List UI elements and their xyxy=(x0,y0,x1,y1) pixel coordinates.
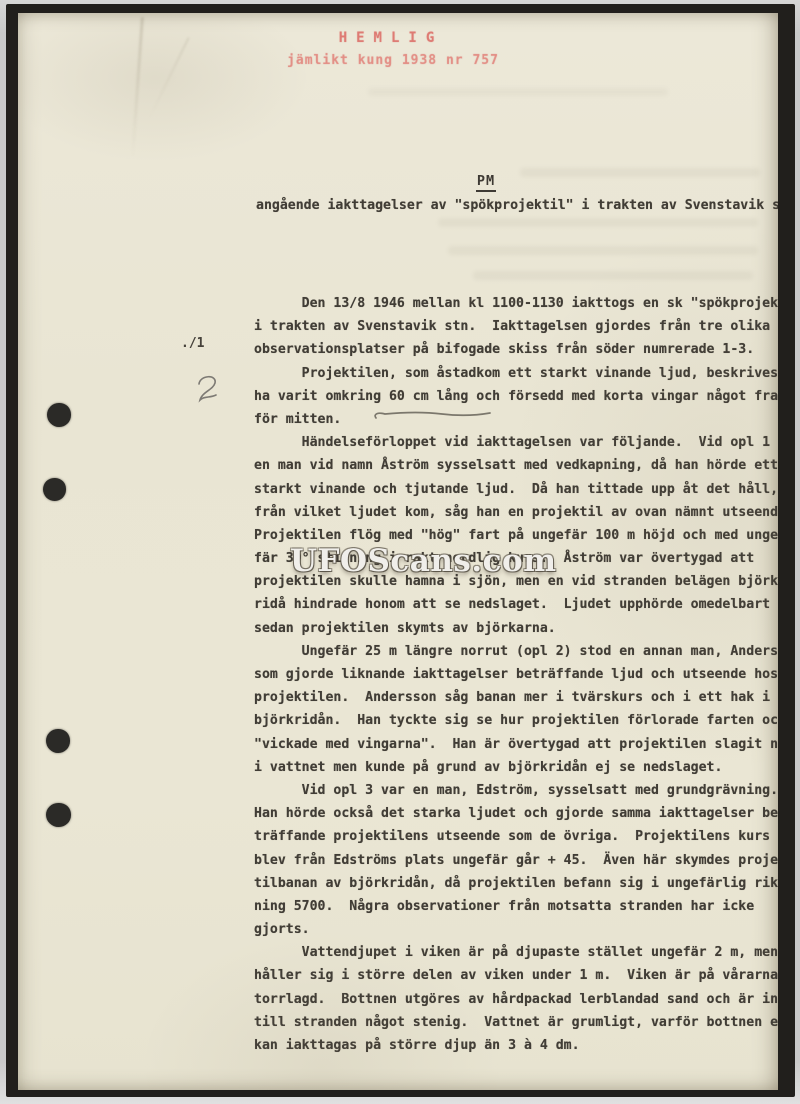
handwritten-mark-2 xyxy=(193,373,223,409)
body-line: i vattnet men kunde på grund av björkrid… xyxy=(254,756,778,779)
body-line: observationsplatser på bifogade skiss fr… xyxy=(254,338,778,361)
body-line: som gjorde liknande iakttagelser beträff… xyxy=(254,663,778,686)
attachment-reference: ./1 xyxy=(181,336,204,351)
pencil-underline xyxy=(372,405,494,424)
paragraph: Den 13/8 1946 mellan kl 1100-1130 iaktto… xyxy=(254,292,778,362)
body-line: Den 13/8 1946 mellan kl 1100-1130 iaktto… xyxy=(254,292,778,315)
paragraph: Projektilen, som åstadkom ett starkt vin… xyxy=(254,362,778,432)
paragraph: Händelseförloppet vid iakttagelsen var f… xyxy=(254,431,778,640)
bleedthrough-text xyxy=(438,218,758,227)
body-line: "vickade med vingarna". Han är övertygad… xyxy=(254,733,778,756)
body-line: i trakten av Svenstavik stn. Iakttagelse… xyxy=(254,315,778,338)
paper-crease xyxy=(131,17,144,157)
body-line: gjorts. xyxy=(254,918,778,941)
secrecy-stamp-statute: jämlikt kung 1938 nr 757 xyxy=(238,53,548,68)
punch-hole xyxy=(46,729,70,753)
page-title: PM xyxy=(450,173,522,189)
page-subtitle: angående iakttagelser av "spökprojektil"… xyxy=(256,198,778,213)
body-line: projektilen. Andersson såg banan mer i t… xyxy=(254,686,778,709)
paper-crease xyxy=(148,37,189,119)
body-line: starkt vinande och tjutande ljud. Då han… xyxy=(254,478,778,501)
body-line: ning 5700. Några observationer från mots… xyxy=(254,895,778,918)
body-line: från vilket ljudet kom, såg han en proje… xyxy=(254,501,778,524)
bleedthrough-text xyxy=(520,168,760,177)
document-page: HEMLIG jämlikt kung 1938 nr 757 PM angåe… xyxy=(18,13,778,1090)
body-line: Vattendjupet i viken är på djupaste stäl… xyxy=(254,941,778,964)
body-line: björkridån. Han tyckte sig se hur projek… xyxy=(254,709,778,732)
body-line: torrlagd. Bottnen utgöres av hårdpackad … xyxy=(254,988,778,1011)
body-line: ha varit omkring 60 cm lång och försedd … xyxy=(254,385,778,408)
punch-hole xyxy=(43,478,66,501)
bleedthrough-text xyxy=(368,88,668,96)
body-line: blev från Edströms plats ungefär går + 4… xyxy=(254,849,778,872)
punch-hole xyxy=(46,803,71,827)
body-text: Den 13/8 1946 mellan kl 1100-1130 iaktto… xyxy=(254,292,778,1057)
bleedthrough-text xyxy=(448,246,758,255)
body-line: ridå hindrade honom att se nedslaget. Lj… xyxy=(254,593,778,616)
body-line: kan iakttagas på större djup än 3 à 4 dm… xyxy=(254,1034,778,1057)
body-line: en man vid namn Åström sysselsatt med ve… xyxy=(254,454,778,477)
bleedthrough-text xyxy=(473,271,753,280)
body-line: Händelseförloppet vid iakttagelsen var f… xyxy=(254,431,778,454)
watermark: UFOScans.com xyxy=(290,543,557,579)
body-line: sedan projektilen skymts av björkarna. xyxy=(254,617,778,640)
body-line: tilbanan av björkridån, då projektilen b… xyxy=(254,872,778,895)
paragraph: Vattendjupet i viken är på djupaste stäl… xyxy=(254,941,778,1057)
body-line: för mitten. xyxy=(254,408,778,431)
body-line: Ungefär 25 m längre norrut (opl 2) stod … xyxy=(254,640,778,663)
paragraph: Ungefär 25 m längre norrut (opl 2) stod … xyxy=(254,640,778,779)
paragraph: Vid opl 3 var en man, Edström, sysselsat… xyxy=(254,779,778,941)
body-line: till stranden något stenig. Vattnet är g… xyxy=(254,1011,778,1034)
body-line: Han hörde också det starka ljudet och gj… xyxy=(254,802,778,825)
body-line: Vid opl 3 var en man, Edström, sysselsat… xyxy=(254,779,778,802)
scanned-document: HEMLIG jämlikt kung 1938 nr 757 PM angåe… xyxy=(0,0,800,1104)
body-line: träffande projektilens utseende som de ö… xyxy=(254,825,778,848)
body-line: håller sig i större delen av viken under… xyxy=(254,964,778,987)
secrecy-stamp-hemlig: HEMLIG xyxy=(286,30,496,46)
punch-hole xyxy=(47,403,71,427)
body-line: Projektilen, som åstadkom ett starkt vin… xyxy=(254,362,778,385)
